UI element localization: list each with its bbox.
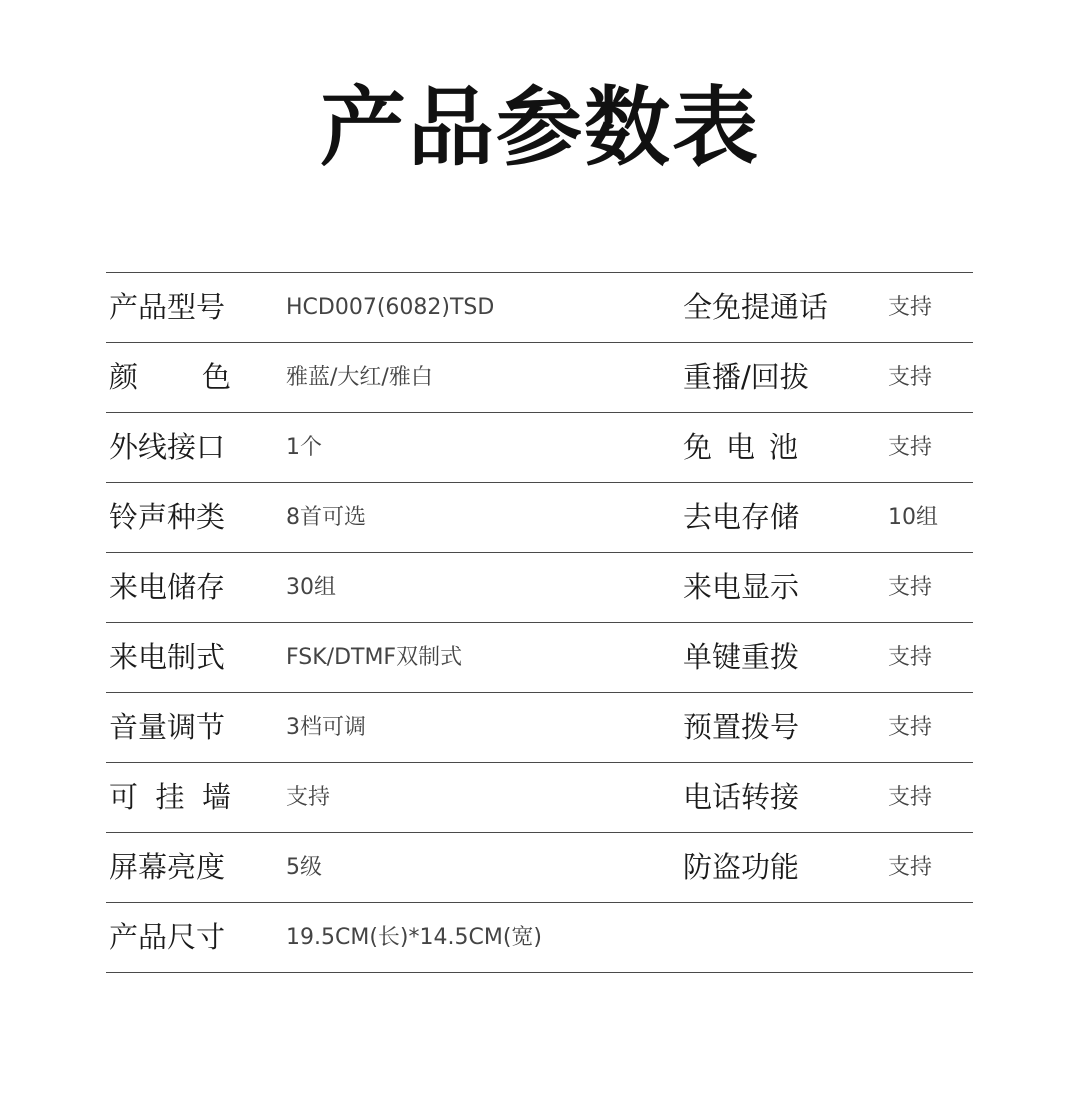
spec-label-right: 重播/回拔: [683, 343, 809, 412]
spec-label-right: 来电显示: [683, 553, 799, 622]
spec-label-left: 来电储存: [109, 553, 231, 622]
spec-value-right: 支持: [888, 763, 932, 832]
spec-row: 可挂墙支持电话转接支持: [106, 762, 973, 832]
page-title: 产品参数表: [0, 78, 1080, 178]
spec-value-left: 雅蓝/大红/雅白: [286, 343, 433, 412]
spec-row: 外线接口1个免电池支持: [106, 412, 973, 482]
spec-label-right: 预置拨号: [683, 693, 799, 762]
spec-label-right: 全免提通话: [683, 273, 828, 342]
spec-label-left: 屏幕亮度: [109, 833, 231, 902]
spec-label-right: 去电存储: [683, 483, 799, 552]
spec-row: 来电储存30组来电显示支持: [106, 552, 973, 622]
spec-label-left: 产品尺寸: [109, 903, 231, 972]
spec-value-right: 支持: [888, 273, 932, 342]
spec-label-left: 铃声种类: [109, 483, 231, 552]
spec-label-left: 音量调节: [109, 693, 231, 762]
spec-label-left: 可挂墙: [109, 763, 231, 832]
spec-value-left: 30组: [286, 553, 336, 622]
spec-value-left: 19.5CM(长)*14.5CM(宽): [286, 903, 542, 972]
spec-row: 铃声种类8首可选去电存储10组: [106, 482, 973, 552]
spec-row: 产品型号HCD007(6082)TSD全免提通话支持: [106, 272, 973, 342]
spec-row: 来电制式FSK/DTMF双制式单键重拨支持: [106, 622, 973, 692]
spec-value-right: 10组: [888, 483, 938, 552]
spec-value-left: 5级: [286, 833, 322, 902]
spec-label-right: 电话转接: [683, 763, 799, 832]
spec-row: 颜色雅蓝/大红/雅白重播/回拔支持: [106, 342, 973, 412]
spec-row: 产品尺寸19.5CM(长)*14.5CM(宽): [106, 902, 973, 973]
spec-value-right: 支持: [888, 833, 932, 902]
spec-label-left: 外线接口: [109, 413, 231, 482]
spec-label-left: 颜色: [109, 343, 231, 412]
spec-value-right: 支持: [888, 623, 932, 692]
spec-label-right: 单键重拨: [683, 623, 799, 692]
spec-label-left: 产品型号: [109, 273, 231, 342]
spec-value-left: 8首可选: [286, 483, 366, 552]
spec-table: 产品型号HCD007(6082)TSD全免提通话支持颜色雅蓝/大红/雅白重播/回…: [106, 272, 973, 973]
spec-value-left: HCD007(6082)TSD: [286, 273, 494, 342]
spec-label-left: 来电制式: [109, 623, 231, 692]
spec-value-right: 支持: [888, 553, 932, 622]
spec-row: 屏幕亮度5级防盗功能支持: [106, 832, 973, 902]
spec-value-right: 支持: [888, 413, 932, 482]
spec-value-left: FSK/DTMF双制式: [286, 623, 462, 692]
spec-value-right: 支持: [888, 693, 932, 762]
spec-value-left: 支持: [286, 763, 330, 832]
spec-label-right: 免电池: [683, 413, 812, 482]
spec-value-left: 1个: [286, 413, 322, 482]
spec-value-right: 支持: [888, 343, 932, 412]
spec-label-right: 防盗功能: [683, 833, 799, 902]
spec-row: 音量调节3档可调预置拨号支持: [106, 692, 973, 762]
spec-value-left: 3档可调: [286, 693, 366, 762]
